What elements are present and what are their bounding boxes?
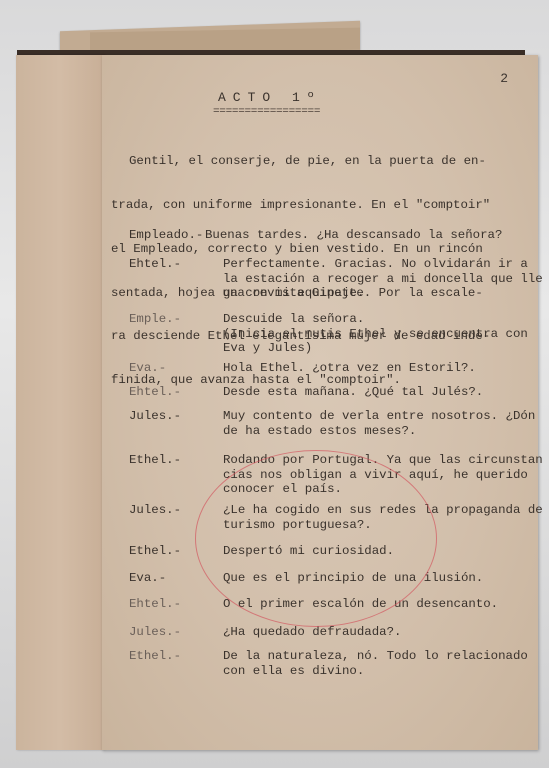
- speech: Buenas tardes. ¿Ha descansado la señora?: [205, 228, 502, 243]
- stage-line: trada, con uniforme impresionante. En el…: [111, 198, 529, 213]
- speech: Descuide la señora.: [223, 312, 364, 327]
- stage-line: Gentil, el conserje, de pie, en la puert…: [129, 154, 529, 169]
- act-title-underline: =================: [213, 106, 320, 118]
- speaker: Ehtel.-: [129, 257, 181, 272]
- speaker: Jules.-: [129, 625, 181, 640]
- speech: con ella es divino.: [223, 664, 364, 679]
- speaker: Ethel.-: [129, 649, 181, 664]
- typewritten-page: 2 ACTO 1º ================= Gentil, el c…: [102, 55, 538, 750]
- act-title: ACTO 1º: [218, 90, 322, 105]
- speaker: Jules.-: [129, 503, 181, 518]
- speaker: Eva.-: [129, 361, 166, 376]
- stage-note: (Inicia el mutis Ethel y se encuentra co…: [223, 327, 528, 342]
- speech: Muy contento de verla entre nosotros. ¿D…: [223, 409, 535, 424]
- speaker: Emple.-: [129, 312, 181, 327]
- speaker: Ehtel.-: [129, 385, 181, 400]
- speaker: Empleado.-: [129, 228, 203, 243]
- speech: Perfectamente. Gracias. No olvidarán ir …: [223, 257, 528, 272]
- speech: ¿Ha quedado defraudada?.: [223, 625, 401, 640]
- page-number: 2: [500, 71, 508, 86]
- speaker: Eva.-: [129, 571, 166, 586]
- speech: De la naturaleza, nó. Todo lo relacionad…: [223, 649, 528, 664]
- speaker: Ethel.-: [129, 544, 181, 559]
- speaker: Ehtel.-: [129, 597, 181, 612]
- speech: ga con mi equipaje.: [223, 286, 364, 301]
- speaker: Jules.-: [129, 409, 181, 424]
- spine-flap: [16, 55, 104, 750]
- red-pencil-circle: [195, 450, 437, 627]
- stage-line: el Empleado, correcto y bien vestido. En…: [111, 242, 529, 257]
- speech: Hola Ethel. ¿otra vez en Estoril?.: [223, 361, 476, 376]
- speech: Desde esta mañana. ¿Qué tal Julés?.: [223, 385, 483, 400]
- speech: la estación a recoger a mi doncella que …: [223, 272, 543, 287]
- speech: de ha estado estos meses?.: [223, 424, 416, 439]
- speaker: Ethel.-: [129, 453, 181, 468]
- stage-note: Eva y Jules): [223, 341, 312, 356]
